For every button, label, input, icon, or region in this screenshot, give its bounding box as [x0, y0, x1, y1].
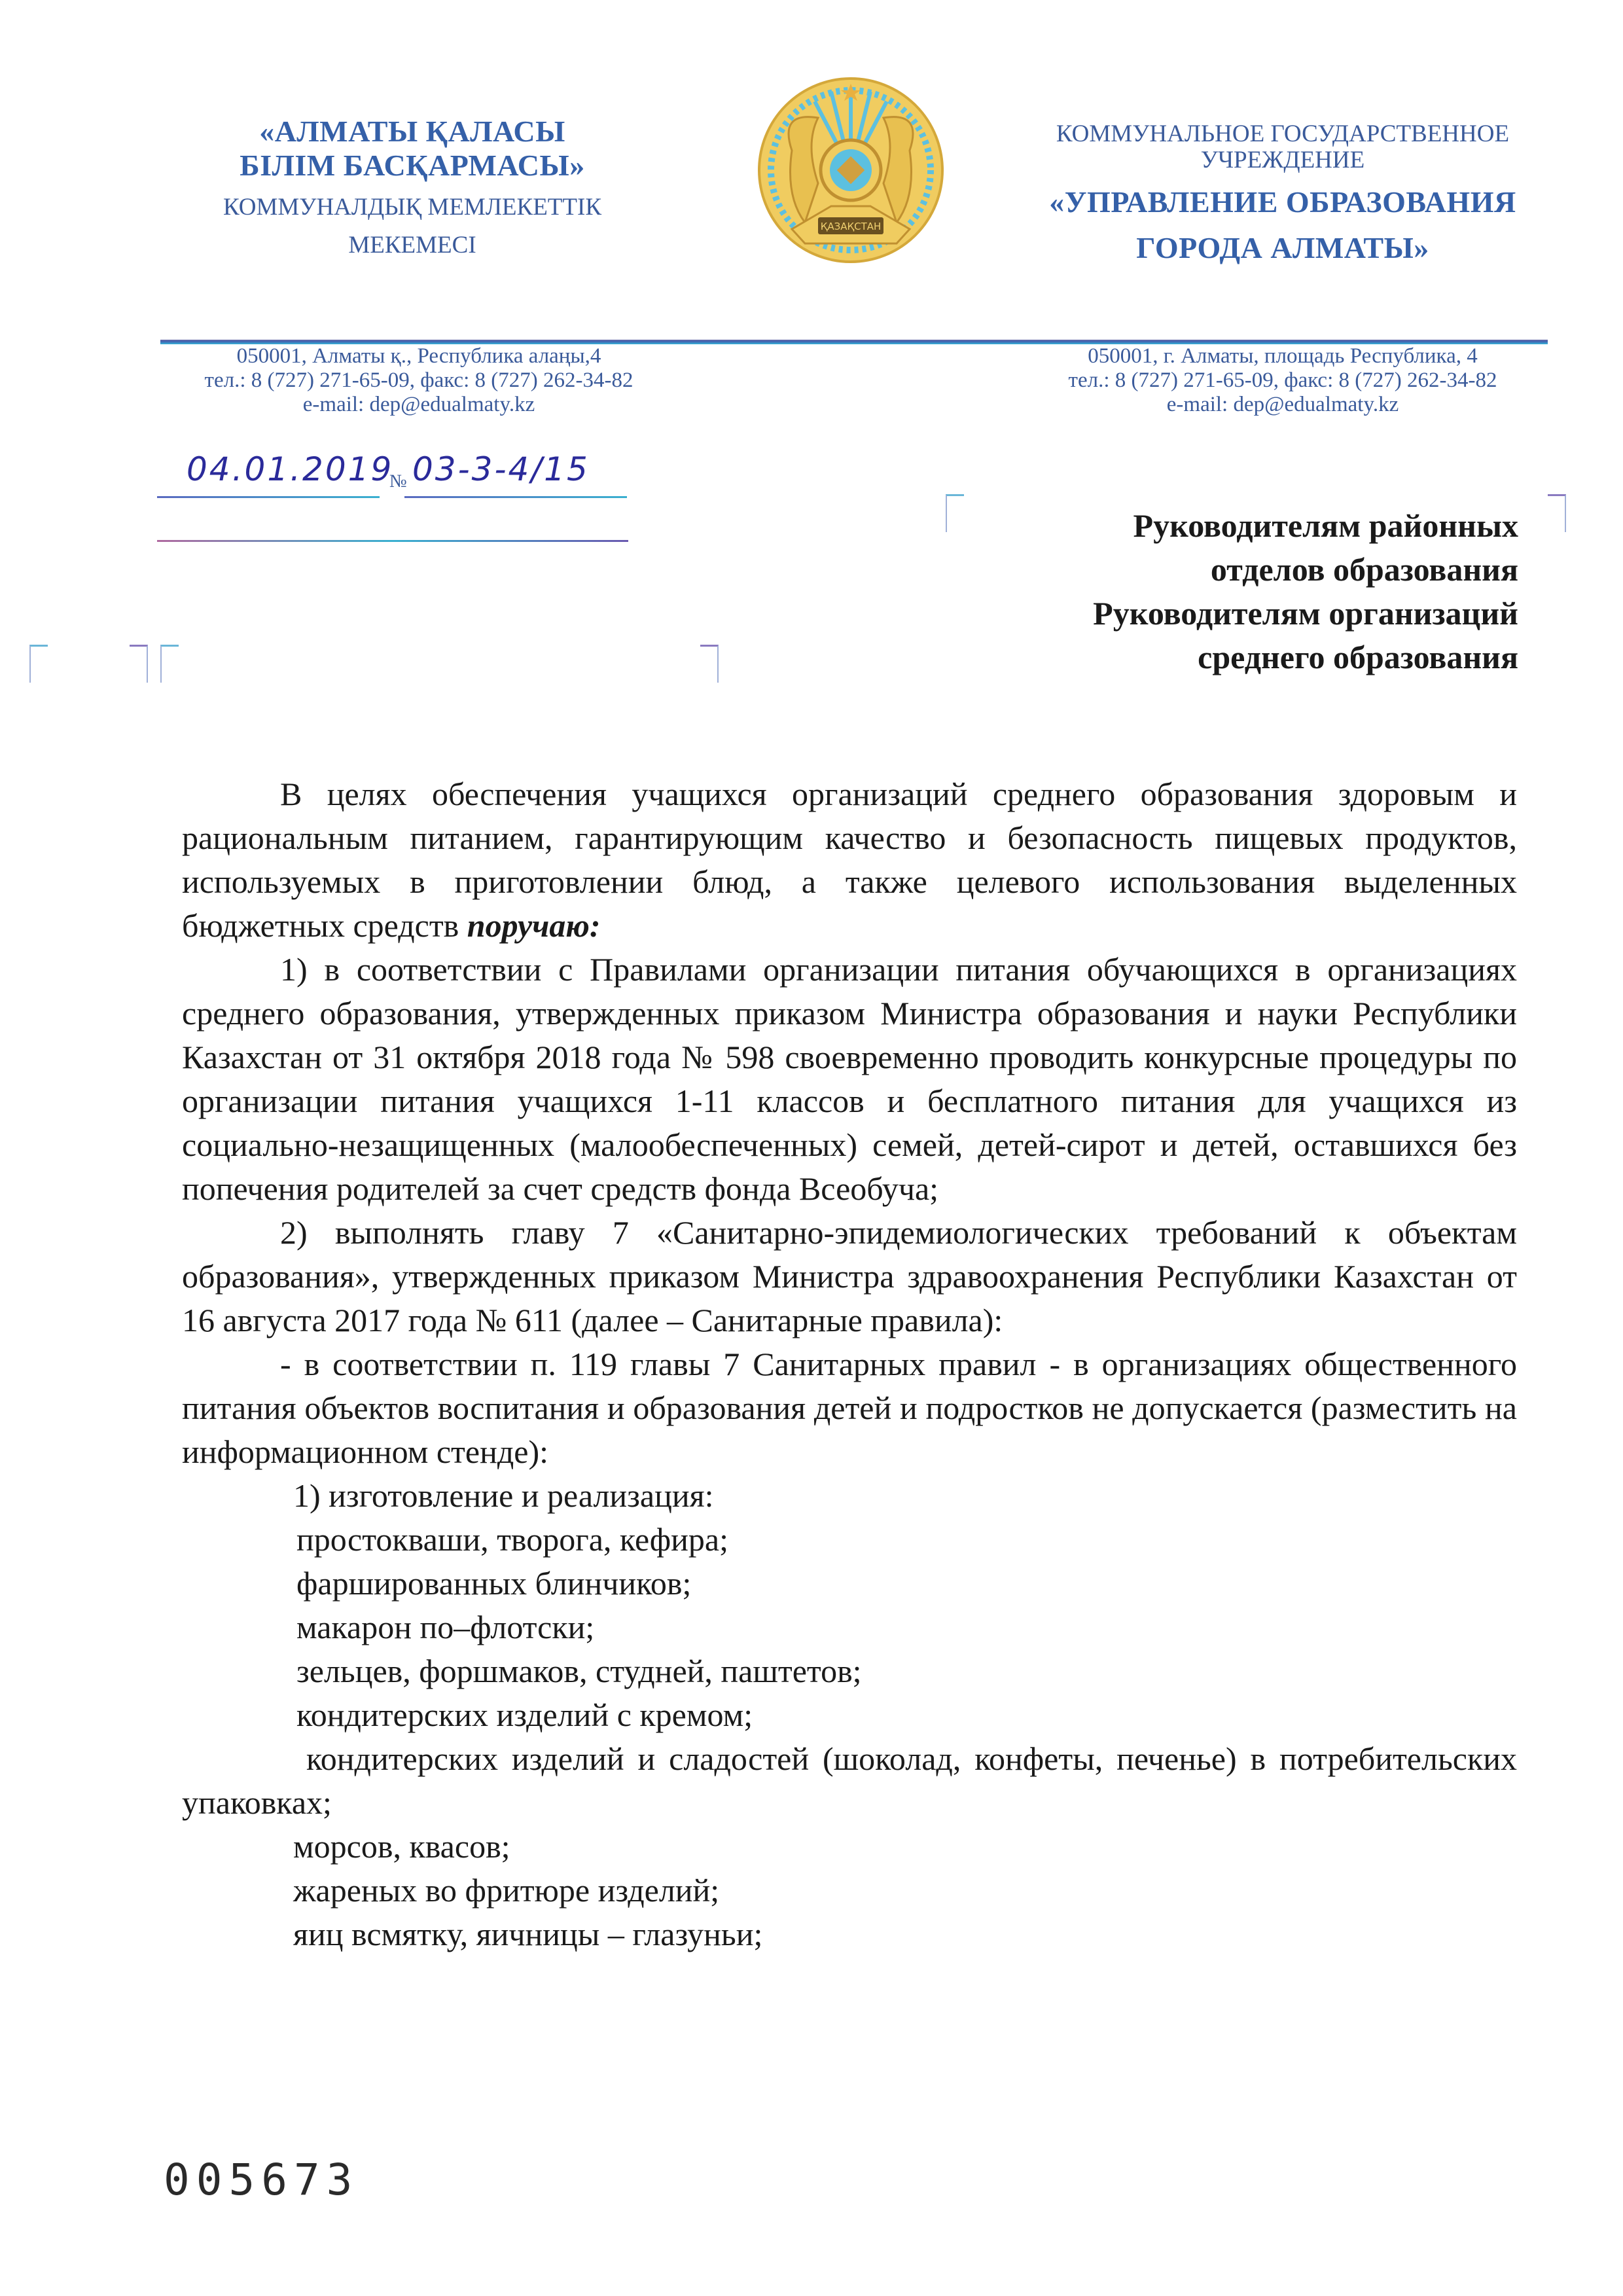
intro-paragraph: В целях обеспечения учащихся организаций… — [182, 772, 1517, 948]
addressee-block: Руководителям районных отделов образован… — [916, 504, 1518, 679]
serial-number: 005673 — [164, 2155, 359, 2205]
addressee-line-1: Руководителям районных — [916, 504, 1518, 548]
phone-fax-ru: тел.: 8 (727) 271-65-09, факс: 8 (727) 2… — [1008, 368, 1558, 393]
letter-body: В целях обеспечения учащихся организаций… — [182, 772, 1517, 1956]
address-kz: 050001, Алматы қ., Республика алаңы,4 — [157, 344, 681, 368]
org-name-ru-line2: ГОРОДА АЛМАТЫ» — [1008, 231, 1558, 265]
number-sign: № — [389, 471, 407, 492]
letterhead-divider — [160, 340, 1548, 344]
corner-mark-addressee-right — [1548, 494, 1566, 532]
prohibited-list-2: морсов, квасов; жареных во фритюре издел… — [182, 1825, 1517, 1956]
list-item: макарон по–флотски; — [296, 1605, 1517, 1649]
list-item: жареных во фритюре изделий; — [293, 1869, 1517, 1912]
list-item: простокваши, творога, кефира; — [296, 1518, 1517, 1562]
item-2: 2) выполнять главу 7 «Санитарно-эпидемио… — [182, 1211, 1517, 1342]
item-2-sub: - в соответствии п. 119 главы 7 Санитарн… — [182, 1342, 1517, 1474]
org-type-ru-line2: УЧРЕЖДЕНИЕ — [1008, 147, 1558, 173]
org-name-ru-line1: «УПРАВЛЕНИЕ ОБРАЗОВАНИЯ — [1008, 185, 1558, 219]
address-block-ru: 050001, г. Алматы, площадь Республика, 4… — [1008, 344, 1558, 417]
phone-fax-kz: тел.: 8 (727) 271-65-09, факс: 8 (727) 2… — [157, 368, 681, 393]
email-kz: e-mail: dep@edualmaty.kz — [157, 393, 681, 417]
corner-mark-left-3 — [160, 645, 179, 683]
list-item: яиц всмятку, яичницы – глазуньи; — [293, 1912, 1517, 1956]
letterhead-left: «АЛМАТЫ ҚАЛАСЫ БІЛІМ БАСҚАРМАСЫ» КОММУНА… — [157, 115, 668, 259]
prohibited-list: простокваши, творога, кефира; фарширован… — [182, 1518, 1517, 1737]
org-type-kz-line2: МЕКЕМЕСІ — [157, 232, 668, 259]
org-type-kz-line1: КОММУНАЛДЫҚ МЕМЛЕКЕТТІК — [157, 194, 668, 221]
instruction-emphasis: поручаю: — [467, 907, 601, 944]
list-item: фаршированных блинчиков; — [296, 1562, 1517, 1605]
item-1: 1) в соответствии с Правилами организаци… — [182, 948, 1517, 1211]
corner-mark-right-1 — [700, 645, 719, 683]
addressee-line-3: Руководителям организаций — [916, 592, 1518, 636]
state-emblem-icon: ҚАЗАҚСТАН — [753, 72, 949, 275]
registration-date: 04.01.2019 — [187, 450, 393, 488]
date-underline — [157, 496, 380, 498]
svg-text:ҚАЗАҚСТАН: ҚАЗАҚСТАН — [821, 221, 882, 232]
list-item: кондитерских изделий с кремом; — [296, 1693, 1517, 1737]
list-item: зельцев, форшмаков, студней, паштетов; — [296, 1649, 1517, 1693]
org-name-kz-line1: «АЛМАТЫ ҚАЛАСЫ — [157, 115, 668, 149]
address-ru: 050001, г. Алматы, площадь Республика, 4 — [1008, 344, 1558, 368]
list-item: морсов, квасов; — [293, 1825, 1517, 1869]
list-item-long: кондитерских изделий и сладостей (шокола… — [182, 1737, 1517, 1825]
address-block-kz: 050001, Алматы қ., Республика алаңы,4 те… — [157, 344, 681, 417]
reference-underline — [157, 540, 628, 542]
org-name-kz-line2: БІЛІМ БАСҚАРМАСЫ» — [157, 149, 668, 183]
letterhead-right: КОММУНАЛЬНОЕ ГОСУДАРСТВЕННОЕ УЧРЕЖДЕНИЕ … — [1008, 121, 1558, 265]
number-underline — [404, 496, 627, 498]
subitem-1-heading: 1) изготовление и реализация: — [182, 1474, 1517, 1518]
registration-field: 04.01.2019 № 03-3-4/15 — [157, 452, 628, 497]
corner-mark-left-2 — [130, 645, 148, 683]
org-type-ru-line1: КОММУНАЛЬНОЕ ГОСУДАРСТВЕННОЕ — [1008, 121, 1558, 147]
corner-mark-left-1 — [29, 645, 48, 683]
email-ru: e-mail: dep@edualmaty.kz — [1008, 393, 1558, 417]
addressee-line-4: среднего образования — [916, 636, 1518, 679]
registration-number: 03-3-4/15 — [412, 450, 590, 488]
addressee-line-2: отделов образования — [916, 548, 1518, 592]
